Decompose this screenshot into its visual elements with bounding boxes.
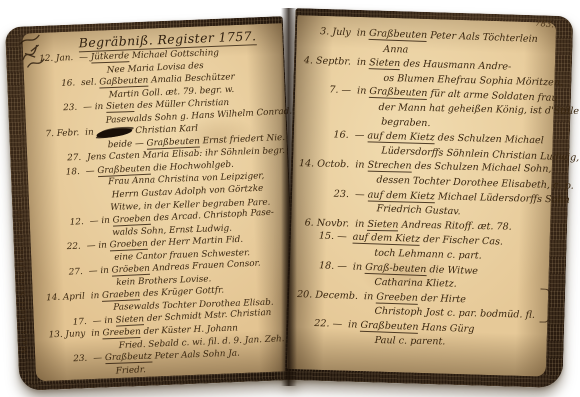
entry-date [40,252,90,266]
entry-date: 7. — [301,83,358,100]
entry-date: 3. July [301,24,357,41]
ink-blot [96,126,133,138]
entry-date: 23. [43,353,93,367]
entry-date [295,333,351,349]
page-number: 783. [535,19,555,31]
entry-date: 13. Juny [41,328,91,342]
entry-date: 27. [37,152,87,166]
right-page-block: 783. 3. Julyin Graßbeuten Peter Aals Töc… [284,8,573,388]
left-page: Mart. Goll Sohn frid. Friedr. Begräbniß.… [22,23,296,381]
entry-date [296,199,353,216]
entry-text: Friedr. [92,364,147,379]
entry-text: Paul c. parent. [351,334,446,350]
entry-date [39,302,89,316]
entry-date: 22. — [292,316,349,333]
left-entries: 12. Jan.— Jütkerde Michael GottschingNee… [31,44,292,380]
left-page-block: Mart. Goll Sohn frid. Friedr. Begräbniß.… [5,16,297,391]
entry-date [301,141,357,158]
left-page-text: Begräbniß. Register 1757. 12. Jan.— Jütk… [30,27,291,377]
entry-date: 18. — [297,258,353,275]
entry-bracket [539,288,550,322]
entry-date [301,112,357,128]
entry-date: 20. Decemb. [297,288,364,305]
entry-date [36,202,86,216]
right-page: 783. 3. Julyin Graßbeuten Peter Aals Töc… [287,15,556,377]
entry-date: 7. Febr. [35,127,85,141]
right-page-text: 3. Julyin Graßbeuten Peter Aals Töchterl… [293,23,548,370]
entry-date [296,171,352,187]
entry-date [42,366,93,381]
entry-date: 12. Jan. [29,52,79,66]
entry-line: Paul c. parent. [295,333,539,352]
entry-date: 16. [31,77,81,91]
margin-note: Mart. Goll Sohn frid. Friedr. [10,104,29,354]
manuscript-photo: Mart. Goll Sohn frid. Friedr. Begräbniß.… [0,0,580,397]
right-entries: 3. Julyin Graßbeuten Peter Aals Töchterl… [293,25,547,353]
entry-date: 15. — [297,229,353,245]
entry-date: 4. Septbr. [301,54,357,70]
entry-date: 23. [33,102,83,116]
